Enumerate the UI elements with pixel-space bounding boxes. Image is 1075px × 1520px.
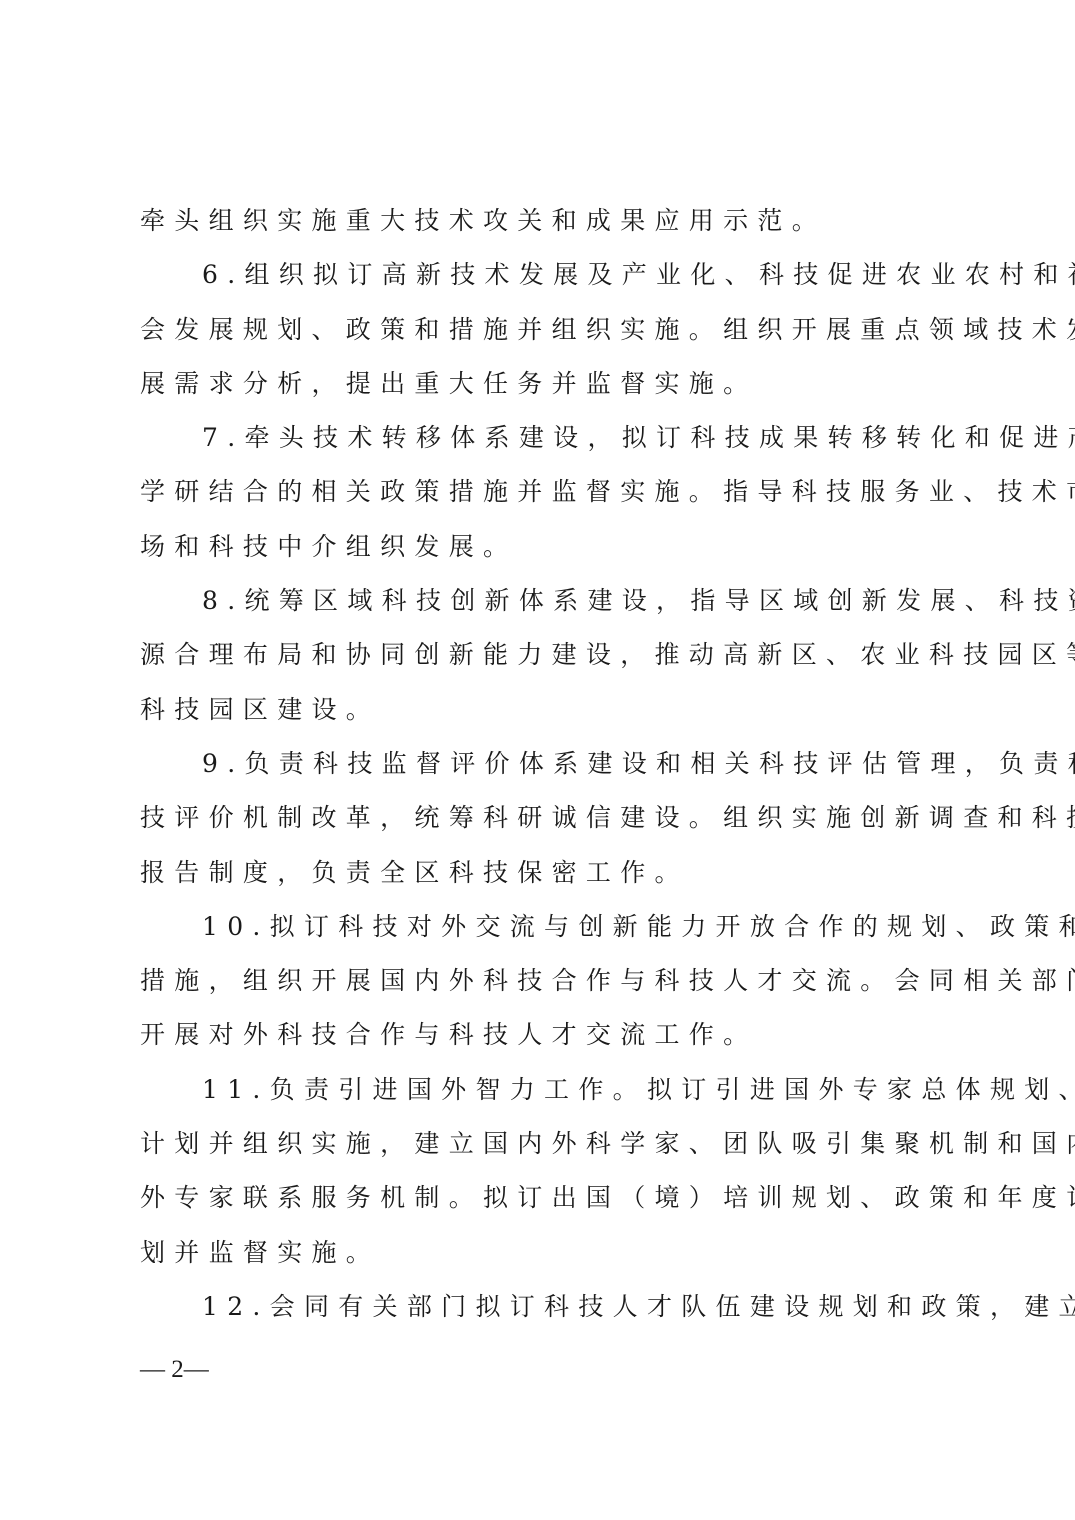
text-line: 外专家联系服务机制。拟订出国（境）培训规划、政策和年度计 — [140, 1171, 940, 1225]
paragraph-item-11: 11.负责引进国外智力工作。拟订引进国外专家总体规划、 计划并组织实施，建立国内… — [140, 1063, 940, 1280]
text-line: 12.会同有关部门拟订科技人才队伍建设规划和政策，建立 — [140, 1280, 940, 1334]
text-line: 计划并组织实施，建立国内外科学家、团队吸引集聚机制和国内 — [140, 1117, 940, 1171]
paragraph-item-6: 6.组织拟订高新技术发展及产业化、科技促进农业农村和社 会发展规划、政策和措施并… — [140, 248, 940, 411]
text-line: 6.组织拟订高新技术发展及产业化、科技促进农业农村和社 — [140, 248, 940, 302]
text-line: 报告制度，负责全区科技保密工作。 — [140, 846, 940, 900]
text-line: 10.拟订科技对外交流与创新能力开放合作的规划、政策和 — [140, 900, 940, 954]
text-line: 开展对外科技合作与科技人才交流工作。 — [140, 1008, 940, 1062]
paragraph-item-7: 7.牵头技术转移体系建设，拟订科技成果转移转化和促进产 学研结合的相关政策措施并… — [140, 411, 940, 574]
paragraph-item-9: 9.负责科技监督评价体系建设和相关科技评估管理，负责科 技评价机制改革，统筹科研… — [140, 737, 940, 900]
text-line: 划并监督实施。 — [140, 1226, 940, 1280]
page-number: — 2— — [140, 1356, 209, 1384]
text-line: 措施，组织开展国内外科技合作与科技人才交流。会同相关部门 — [140, 954, 940, 1008]
text-line: 9.负责科技监督评价体系建设和相关科技评估管理，负责科 — [140, 737, 940, 791]
document-body: 牵头组织实施重大技术攻关和成果应用示范。 6.组织拟订高新技术发展及产业化、科技… — [140, 194, 940, 1334]
text-line: 会发展规划、政策和措施并组织实施。组织开展重点领域技术发 — [140, 303, 940, 357]
text-line: 科技园区建设。 — [140, 683, 940, 737]
text-line: 展需求分析，提出重大任务并监督实施。 — [140, 357, 940, 411]
paragraph-item-12: 12.会同有关部门拟订科技人才队伍建设规划和政策，建立 — [140, 1280, 940, 1334]
paragraph-item-8: 8.统筹区域科技创新体系建设，指导区域创新发展、科技资 源合理布局和协同创新能力… — [140, 574, 940, 737]
paragraph-item-10: 10.拟订科技对外交流与创新能力开放合作的规划、政策和 措施，组织开展国内外科技… — [140, 900, 940, 1063]
text-line: 场和科技中介组织发展。 — [140, 520, 940, 574]
text-line: 源合理布局和协同创新能力建设，推动高新区、农业科技园区等 — [140, 628, 940, 682]
text-line: 技评价机制改革，统筹科研诚信建设。组织实施创新调查和科技 — [140, 791, 940, 845]
text-line: 7.牵头技术转移体系建设，拟订科技成果转移转化和促进产 — [140, 411, 940, 465]
text-line: 11.负责引进国外智力工作。拟订引进国外专家总体规划、 — [140, 1063, 940, 1117]
text-line: 学研结合的相关政策措施并监督实施。指导科技服务业、技术市 — [140, 465, 940, 519]
text-line: 牵头组织实施重大技术攻关和成果应用示范。 — [140, 194, 940, 248]
text-line: 8.统筹区域科技创新体系建设，指导区域创新发展、科技资 — [140, 574, 940, 628]
paragraph-5-continued: 牵头组织实施重大技术攻关和成果应用示范。 — [140, 194, 940, 248]
